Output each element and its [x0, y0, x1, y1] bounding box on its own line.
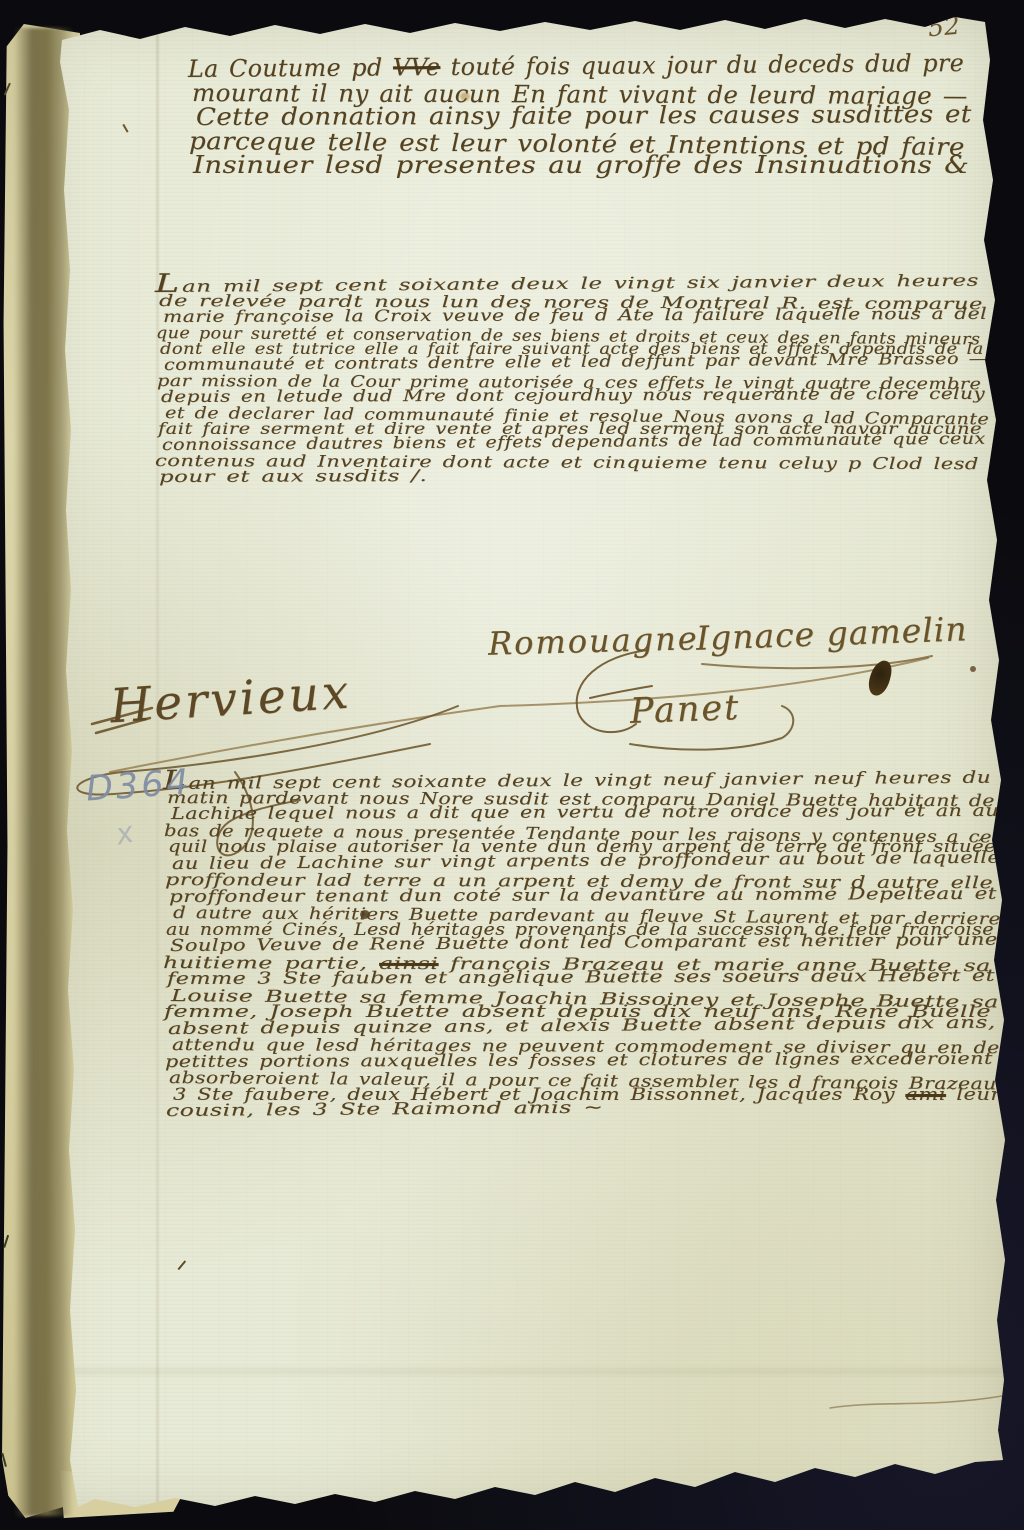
- ink-spot: [360, 910, 370, 919]
- page-number: 52: [927, 11, 961, 43]
- flourish-gamelin-underline: [702, 656, 932, 668]
- manuscript-line: communauté et contrats dentre elle et le…: [160, 350, 990, 366]
- manuscript-line: contenus aud Inventaire dont acte et cin…: [160, 446, 990, 462]
- ink-dot: [970, 666, 976, 672]
- binding-shadow: [14, 28, 74, 1516]
- manuscript-line: absent depuis quinze ans, et alexis Buet…: [168, 1012, 1002, 1029]
- paragraph-inventory-closing: Lan mil sept cent soixante deux le vingt…: [160, 270, 990, 478]
- manuscript-line: connoissance dautres biens et effets dep…: [160, 430, 990, 446]
- scan-background: 52 La Coutume pd VVe touté fois quaux jo…: [0, 0, 1024, 1530]
- flourish-end-of-text: [830, 1396, 1002, 1408]
- manuscript-line: Soulpo Veuve de René Buette dont led Com…: [168, 929, 1002, 946]
- manuscript-line: au lieu de Lachine sur vingt arpents de …: [168, 847, 1002, 864]
- manuscript-line: mourant il ny ait aucun En fant vivant d…: [193, 70, 975, 94]
- ink-smudge: [103, 14, 137, 34]
- paragraph-lachine-petition: Lan mil sept cent soixante deux le vingt…: [168, 764, 1002, 1111]
- manuscript-line: Lachine lequel nous a dit que en vertu d…: [168, 797, 1002, 814]
- archival-mark: D364: [85, 762, 193, 809]
- manuscript-line: Lan mil sept cent soixante deux le vingt…: [160, 270, 990, 286]
- manuscript-line: Cette donnation ainsy faite pour les cau…: [193, 94, 975, 118]
- manuscript-line: Insinuer lesd presentes au groffe des In…: [193, 142, 975, 166]
- manuscript-line: Lan mil sept cent soixante deux le vingt…: [168, 764, 1002, 781]
- manuscript-line: depuis en letude dud Mre dont cejourdhuy…: [160, 382, 990, 398]
- manuscript-line: marie françoise la Croix veuve de feu d …: [160, 302, 990, 318]
- manuscript-page: 52 La Coutume pd VVe touté fois quaux jo…: [30, 12, 1006, 1518]
- struck-word: ami: [905, 1085, 946, 1104]
- manuscript-line: proffondeur tenant dun coté sur la devan…: [168, 880, 1002, 897]
- manuscript-line: petittes portions auxquelles les fosses …: [168, 1045, 1002, 1062]
- signature-romouagne: Romouagne: [488, 619, 700, 663]
- paragraph-donation-clause: La Coutume pd VVe touté fois quaux jour …: [193, 46, 975, 166]
- manuscript-line: La Coutume pd VVe touté fois quaux jour …: [193, 46, 975, 70]
- signature-panet: Panet: [629, 688, 741, 732]
- manuscript-line: femme 3 Ste fauben et angelique Buette s…: [168, 962, 1002, 979]
